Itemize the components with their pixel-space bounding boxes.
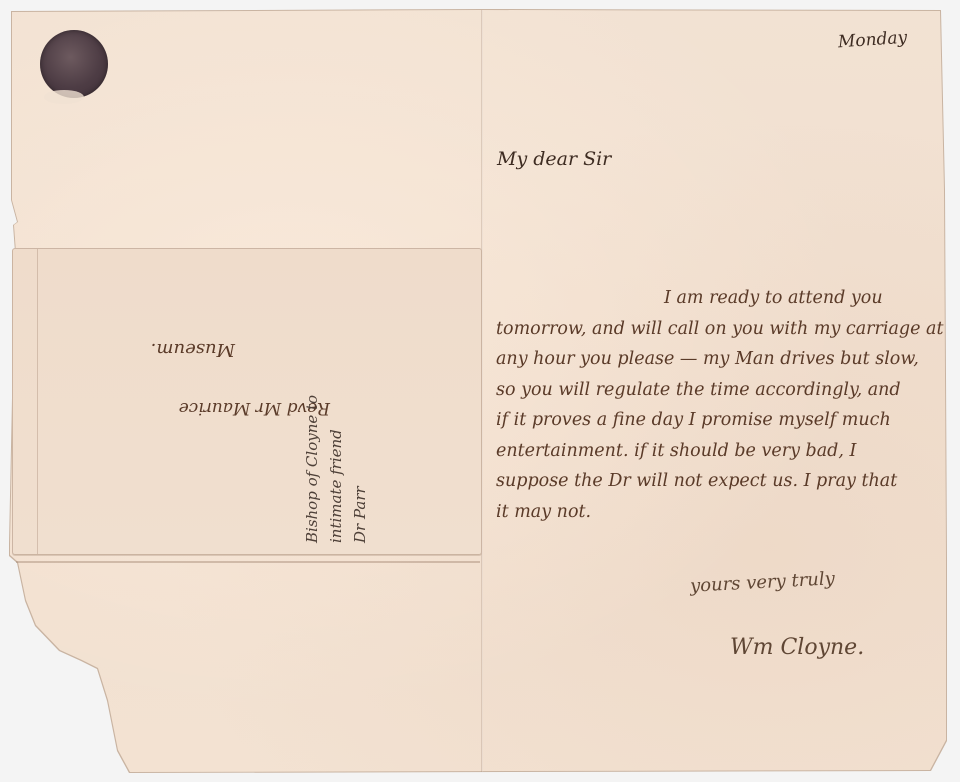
endorsement-line: Dr Parr <box>348 238 372 543</box>
endorsement-line: Bishop of Cloyne to <box>300 238 324 543</box>
recipient-location: Museum. <box>151 339 235 360</box>
letter-salutation: My dear Sir <box>497 148 611 170</box>
body-line: suppose the Dr will not expect us. I pra… <box>496 466 943 497</box>
body-line: tomorrow, and will call on you with my c… <box>496 314 943 345</box>
endorsement-line: intimate friend <box>324 238 348 543</box>
body-line: I am ready to attend you <box>496 283 943 314</box>
body-line: entertainment. if it should be very bad,… <box>496 436 943 467</box>
letter-body: I am ready to attend you tomorrow, and w… <box>496 283 943 527</box>
address-block: Revd Mr Maurice Museum. Bishop of Cloyne… <box>12 248 480 553</box>
letter-signature: Wm Cloyne. <box>730 635 864 660</box>
endorsement-note: Bishop of Cloyne to intimate friend Dr P… <box>300 238 372 543</box>
horizontal-fold-line <box>16 561 480 563</box>
body-line: so you will regulate the time accordingl… <box>496 375 943 406</box>
body-line: it may not. <box>496 497 943 528</box>
letter-scan: Revd Mr Maurice Museum. Bishop of Cloyne… <box>0 0 960 782</box>
body-line: if it proves a fine day I promise myself… <box>496 405 943 436</box>
body-line: any hour you please — my Man drives but … <box>496 344 943 375</box>
wax-seal-icon <box>40 30 108 98</box>
